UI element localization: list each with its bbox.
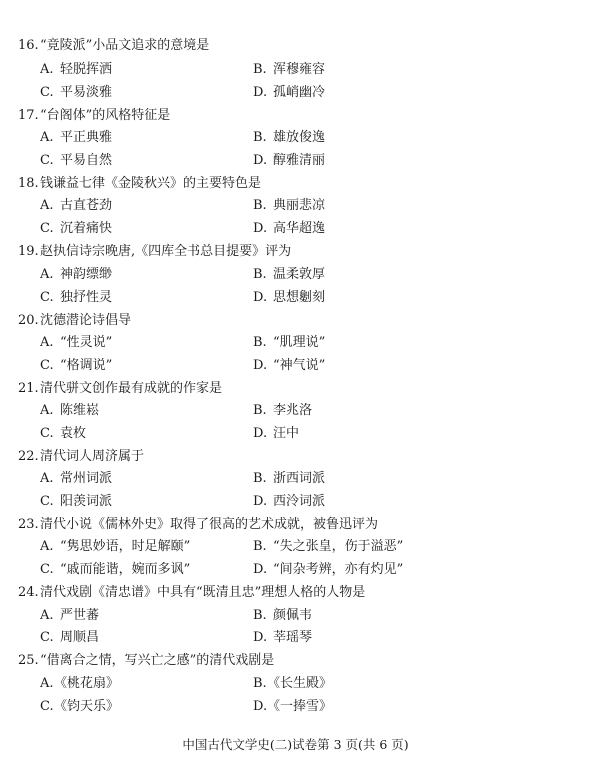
option-c: C.周顺昌	[40, 627, 99, 649]
option-c: C.阳羡词派	[40, 491, 112, 513]
option-d: D.醇雅清丽	[253, 150, 325, 172]
option-b: B.浙西词派	[253, 468, 325, 490]
question-24: 24.清代戏剧《清忠谱》中具有“既清且忠”理想人格的人物是	[0, 582, 591, 604]
option-c: C.平易淡雅	[40, 82, 112, 104]
option-d: D.西泠词派	[253, 491, 325, 513]
question-stem: “竟陵派”小品文追求的意境是	[40, 38, 209, 53]
option-d: D.孤峭幽冷	[253, 82, 325, 104]
question-20: 20.沈德潜论诗倡导	[0, 310, 591, 332]
question-number: 19.	[18, 241, 40, 263]
question-number: 18.	[18, 173, 40, 195]
option-b: B.“肌理说”	[253, 332, 325, 354]
question-stem: 清代戏剧《清忠谱》中具有“既清且忠”理想人格的人物是	[40, 585, 365, 600]
option-d: D.莘瑶琴	[253, 627, 312, 649]
option-c: C.独抒性灵	[40, 287, 112, 309]
question-25: 25.“借离合之情，写兴亡之感”的清代戏剧是	[0, 650, 591, 672]
question-number: 16.	[18, 35, 40, 57]
question-number: 21.	[18, 378, 40, 400]
exam-page: 16.“竟陵派”小品文追求的意境是 A.轻脱挥洒 B.浑穆雍容 C.平易淡雅 D…	[0, 0, 591, 778]
question-stem: 沈德潜论诗倡导	[40, 313, 131, 328]
option-c: C.平易自然	[40, 150, 112, 172]
question-stem: “台阁体”的风格特征是	[40, 108, 170, 123]
page-footer: 中国古代文学史(二)试卷第 3 页(共 6 页)	[0, 735, 591, 755]
option-c: C.“格调说”	[40, 355, 112, 377]
question-18: 18.钱谦益七律《金陵秋兴》的主要特色是	[0, 173, 591, 195]
option-c: C.“戚而能谐，婉而多讽”	[40, 559, 190, 581]
question-number: 20.	[18, 310, 40, 332]
option-a: A.“性灵说”	[40, 332, 112, 354]
question-stem: 清代骈文创作最有成就的作家是	[40, 381, 222, 396]
option-d: D.思想劖刻	[253, 287, 325, 309]
option-d: D.“神气说”	[253, 355, 325, 377]
option-a: A.平正典雅	[40, 127, 112, 149]
question-stem: 清代词人周济属于	[40, 449, 144, 464]
option-c: C.袁枚	[40, 423, 86, 445]
question-stem: 钱谦益七律《金陵秋兴》的主要特色是	[40, 176, 261, 191]
option-a: A.“隽思妙语，时足解颐”	[40, 536, 190, 558]
question-stem: 赵执信诗宗晚唐,《四库全书总目提要》评为	[40, 244, 291, 259]
option-d: D.汪中	[253, 423, 299, 445]
question-number: 23.	[18, 514, 40, 536]
option-d: D.《一捧雪》	[253, 696, 332, 718]
question-16: 16.“竟陵派”小品文追求的意境是	[0, 35, 591, 57]
option-b: B.颜佩韦	[253, 605, 312, 627]
option-a: A.古直苍劲	[40, 195, 112, 217]
question-stem: “借离合之情，写兴亡之感”的清代戏剧是	[40, 653, 274, 668]
option-b: B.雄放俊逸	[253, 127, 325, 149]
option-b: B.《长生殿》	[253, 673, 332, 695]
question-number: 24.	[18, 582, 40, 604]
option-b: B.“失之张皇，伤于溢恶”	[253, 536, 403, 558]
question-number: 17.	[18, 105, 40, 127]
option-c: C.沉着痛快	[40, 218, 112, 240]
option-a: A.《桃花扇》	[40, 673, 119, 695]
option-a: A.严世蕃	[40, 605, 99, 627]
option-b: B.李兆洛	[253, 400, 312, 422]
option-b: B.典丽悲凉	[253, 195, 325, 217]
option-d: D.高华超逸	[253, 218, 325, 240]
option-a: A.陈维崧	[40, 400, 99, 422]
option-c: C.《钧天乐》	[40, 696, 119, 718]
question-21: 21.清代骈文创作最有成就的作家是	[0, 378, 591, 400]
option-d: D.“间杂考辨，亦有灼见”	[253, 559, 403, 581]
question-19: 19.赵执信诗宗晚唐,《四库全书总目提要》评为	[0, 241, 591, 263]
option-a: A.神韵缥缈	[40, 264, 112, 286]
option-a: A.常州词派	[40, 468, 112, 490]
question-23: 23.清代小说《儒林外史》取得了很高的艺术成就，被鲁迅评为	[0, 514, 591, 536]
question-number: 22.	[18, 446, 40, 468]
question-17: 17.“台阁体”的风格特征是	[0, 105, 591, 127]
option-a: A.轻脱挥洒	[40, 59, 112, 81]
question-22: 22.清代词人周济属于	[0, 446, 591, 468]
question-stem: 清代小说《儒林外史》取得了很高的艺术成就，被鲁迅评为	[40, 517, 378, 532]
option-b: B.温柔敦厚	[253, 264, 325, 286]
option-b: B.浑穆雍容	[253, 59, 325, 81]
question-number: 25.	[18, 650, 40, 672]
